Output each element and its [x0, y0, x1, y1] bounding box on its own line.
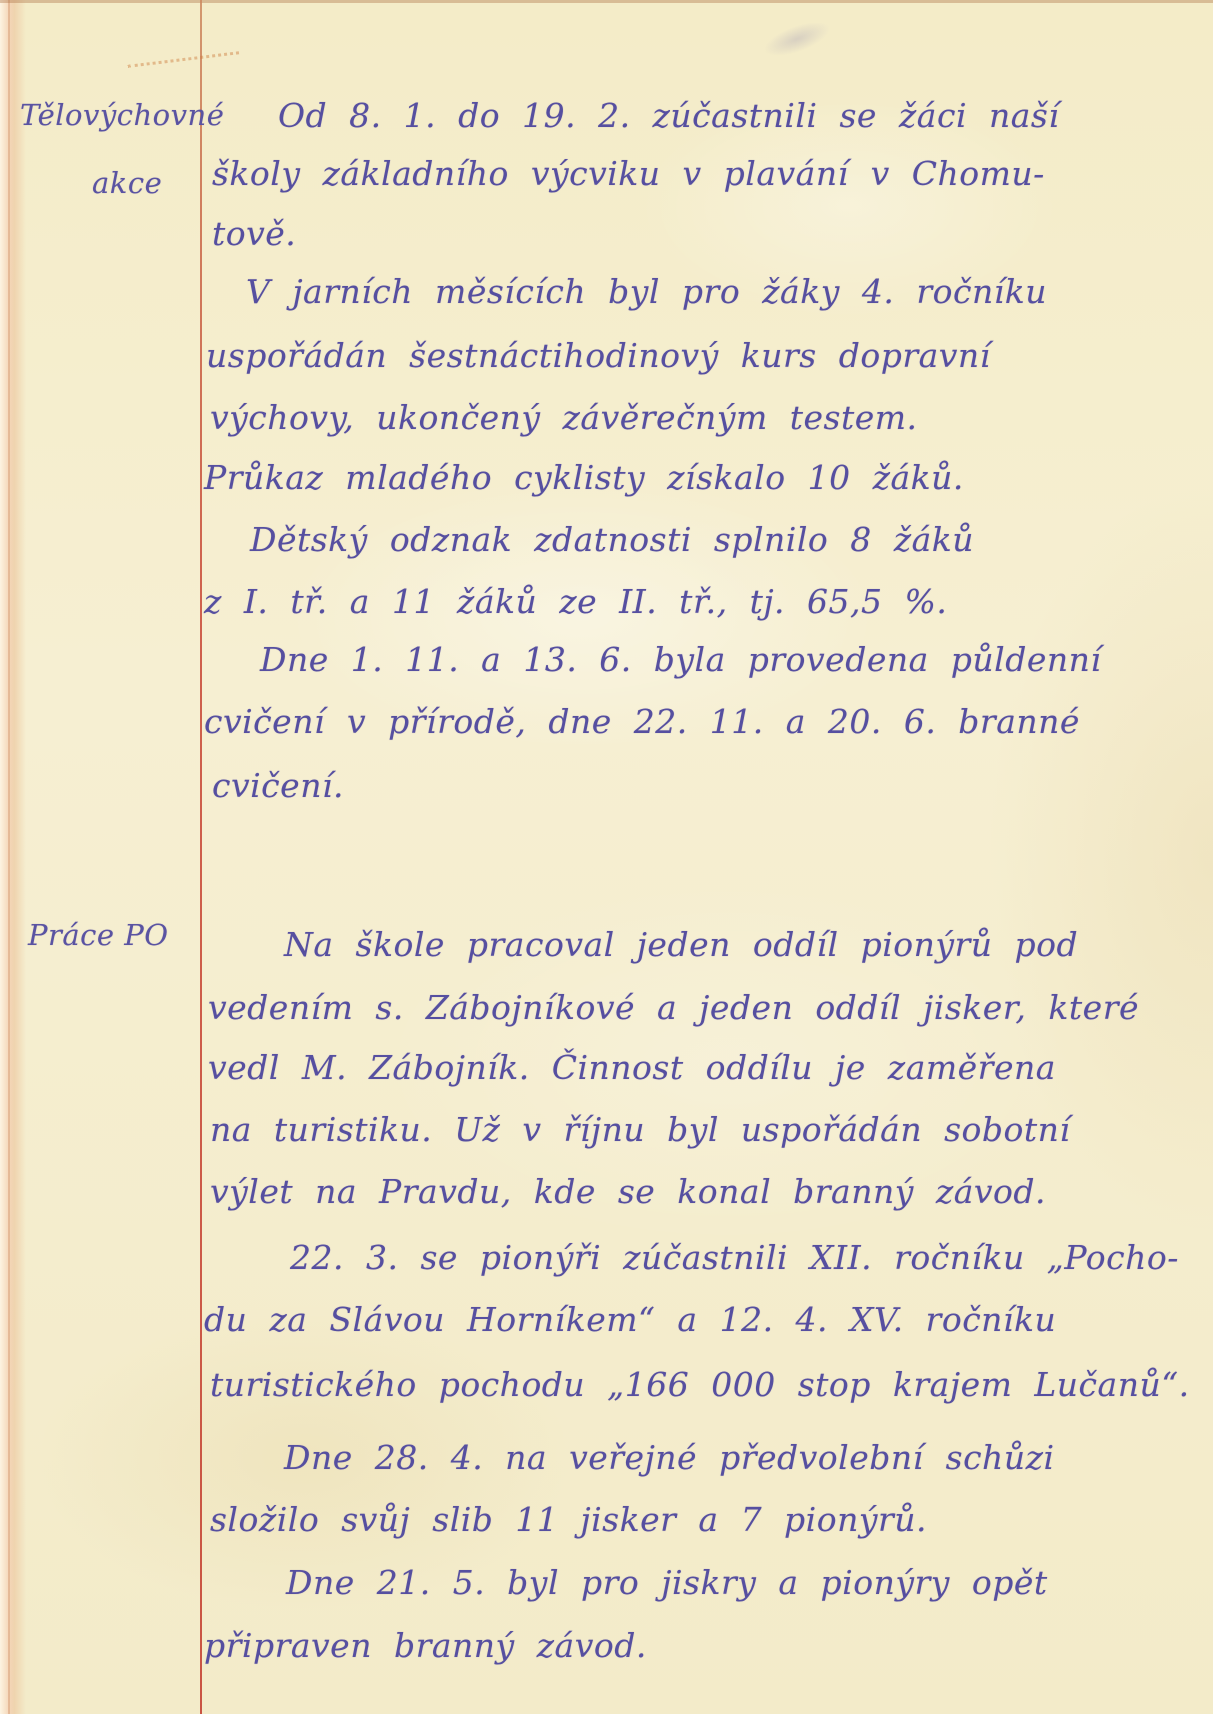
margin-label-prace-po: Práce PO [28, 918, 169, 952]
handwritten-line: Na škole pracoval jeden oddíl pionýrů po… [284, 925, 1078, 965]
ink-smudge [760, 15, 835, 63]
handwritten-line: cvičení v přírodě, dne 22. 11. a 20. 6. … [204, 702, 1080, 742]
handwritten-line: na turistiku. Už v říjnu byl uspořádán s… [210, 1110, 1070, 1150]
handwritten-line: výchovy, ukončený závěrečným testem. [210, 398, 918, 438]
page-top-edge [0, 0, 1213, 3]
page-edge-line [8, 0, 10, 1714]
handwritten-line: Dne 1. 11. a 13. 6. byla provedena půlde… [260, 640, 1101, 680]
handwritten-line: výlet na Pravdu, kde se konal branný záv… [210, 1172, 1046, 1212]
handwritten-line: připraven branný závod. [204, 1626, 647, 1666]
chronicle-page: Tělovýchovné akce Práce PO Od 8. 1. do 1… [0, 0, 1213, 1714]
handwritten-line: složilo svůj slib 11 jisker a 7 pionýrů. [210, 1500, 927, 1540]
handwritten-line: cvičení. [212, 766, 344, 806]
handwritten-line: školy základního výcviku v plavání v Cho… [212, 154, 1045, 194]
handwritten-line: tově. [212, 214, 296, 254]
handwritten-line: z I. tř. a 11 žáků ze II. tř., tj. 65,5 … [204, 582, 947, 622]
red-margin-rule [200, 0, 202, 1714]
margin-label-telovychove: Tělovýchovné [20, 98, 224, 132]
handwritten-line: Dne 21. 5. byl pro jiskry a pionýry opět [286, 1563, 1048, 1603]
page-binding-edge [0, 0, 26, 1714]
handwritten-line: 22. 3. se pionýři zúčastnili XII. ročník… [290, 1238, 1179, 1278]
stamp-remnant-mark [128, 51, 241, 78]
handwritten-line: vedením s. Zábojníkové a jeden oddíl jis… [208, 988, 1139, 1028]
handwritten-line: vedl M. Zábojník. Činnost oddílu je zamě… [208, 1048, 1056, 1088]
handwritten-line: turistického pochodu „166 000 stop kraje… [210, 1365, 1190, 1405]
handwritten-line: Průkaz mladého cyklisty získalo 10 žáků. [204, 458, 964, 498]
handwritten-line: Dětský odznak zdatnosti splnilo 8 žáků [250, 520, 974, 560]
handwritten-line: uspořádán šestnáctihodinový kurs dopravn… [206, 336, 991, 376]
margin-label-akce: akce [92, 166, 162, 200]
handwritten-line: du za Slávou Horníkem“ a 12. 4. XV. ročn… [204, 1300, 1056, 1340]
handwritten-line: Od 8. 1. do 19. 2. zúčastnili se žáci na… [278, 96, 1059, 136]
handwritten-line: Dne 28. 4. na veřejné předvolební schůzi [284, 1438, 1055, 1478]
handwritten-line: V jarních měsících byl pro žáky 4. roční… [246, 272, 1047, 312]
